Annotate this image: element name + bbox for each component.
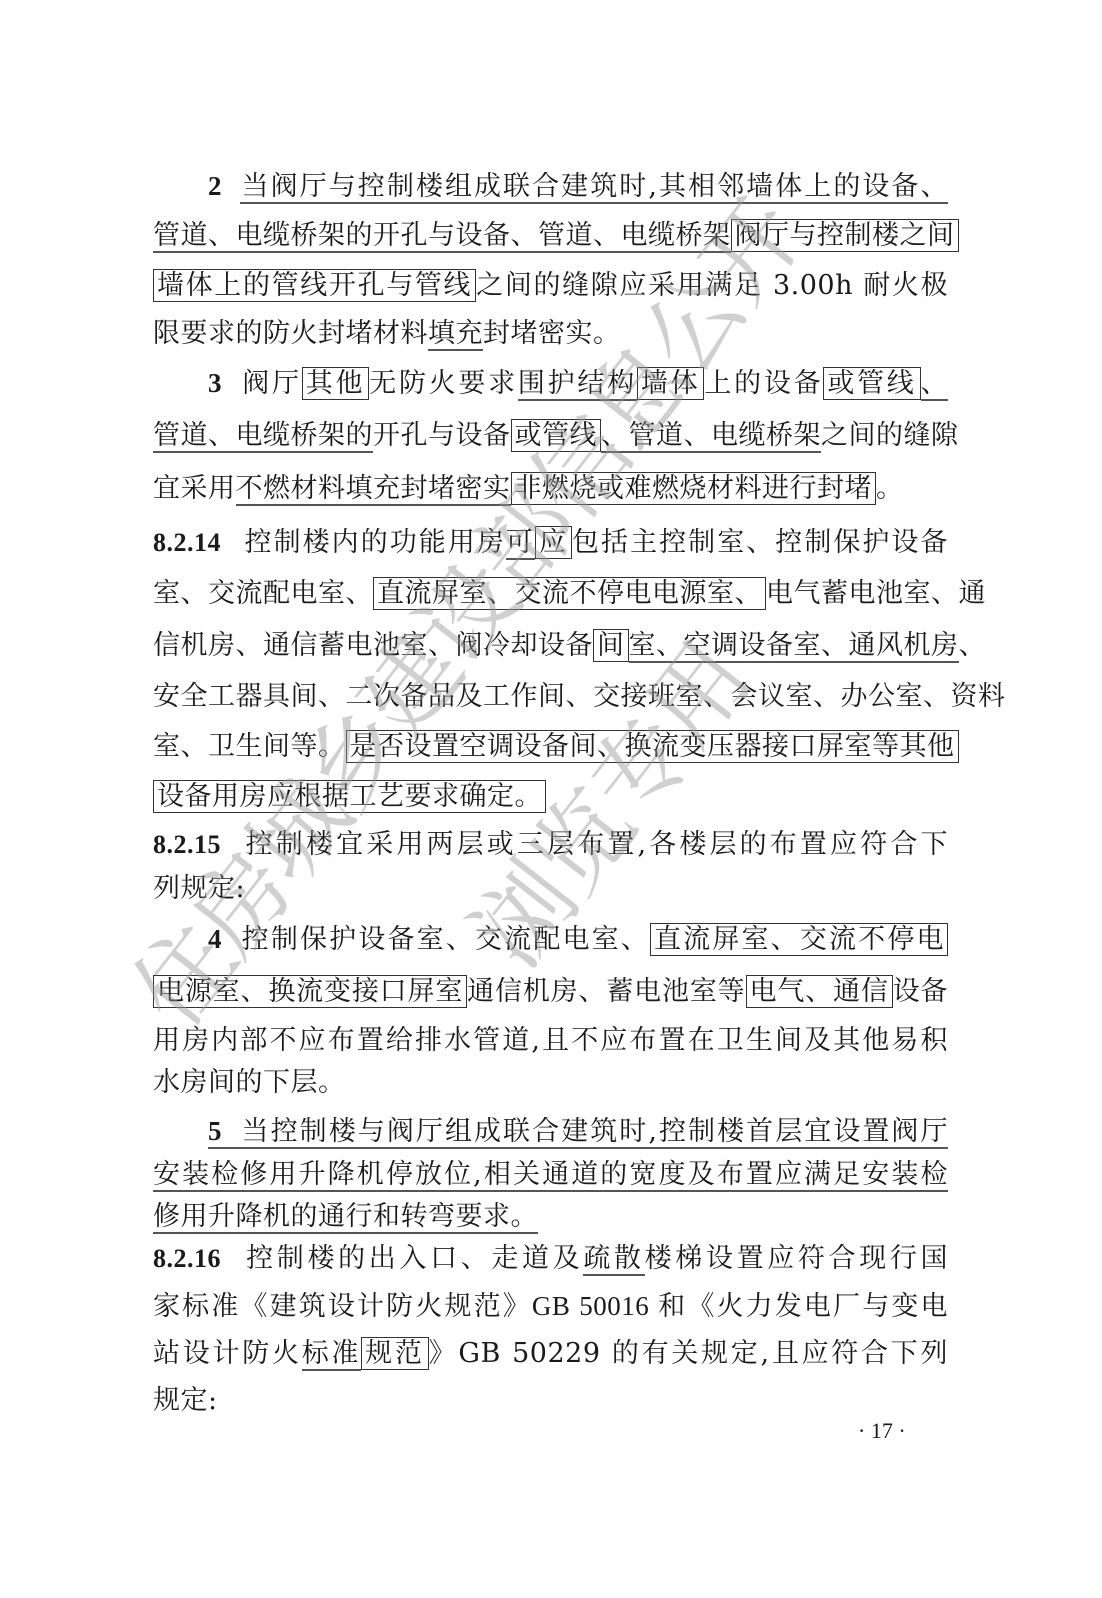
page-number: · 17 · (858, 1418, 906, 1444)
clause-8-2-14-line-4: 安全工器具间、二次备品及工作间、交接班室、会议室、办公室、资料 (153, 674, 948, 720)
boxed-deleted-text: 墙体上的管线开孔与管线 (153, 269, 476, 302)
body-text: 开孔与设备 (373, 420, 511, 451)
underlined-text: 5当控制楼与阀厅组成联合建筑时,控制楼首层宜设置阀厅 (208, 1116, 948, 1149)
body-text: 水房间的下层。 (153, 1067, 346, 1098)
body-text: 规定: (153, 1385, 218, 1416)
body-text: 。 (876, 473, 904, 504)
item-2-line-1: 2当阀厅与控制楼组成联合建筑时,其相邻墙体上的设备、 (153, 163, 948, 209)
boxed-deleted-text: 电气、通信 (746, 975, 893, 1008)
clause-8-2-16-line-4: 规定: (153, 1378, 948, 1424)
item-4-line-4: 水房间的下层。 (153, 1060, 948, 1106)
body-text: 控制楼内的功能用房 (243, 527, 506, 558)
boxed-deleted-text: 间 (593, 629, 629, 662)
body-text: 之间的缝隙 (821, 420, 959, 451)
body-text: 封堵密实。 (483, 318, 621, 349)
boxed-deleted-text: 设备用房应根据工艺要求确定。 (153, 780, 546, 813)
item-2-line-2: 管道、电缆桥架的开孔与设备、管道、电缆桥架阀厅与控制楼之间 (153, 213, 948, 259)
item-2-line-3: 墙体上的管线开孔与管线之间的缝隙应采用满足 3.00h 耐火极 (153, 263, 948, 309)
clause-8-2-16-line-2: 家标准《建筑设计防火规范》GB 50016 和《火力发电厂与变电 (153, 1283, 948, 1329)
body-text: 宜采用 (153, 473, 236, 504)
underlined-text: 不燃材料填充封堵密实 (236, 473, 511, 506)
clause-8-2-15-line-2: 列规定: (153, 866, 948, 912)
underlined-text: 、管道、电缆桥架 (601, 420, 821, 453)
body-text: 电气蓄电池室、通 (766, 578, 986, 609)
body-text: 安全工器具间、二次备品及工作间、交接班室、会议室、办公室、资料 (153, 681, 1006, 712)
body-text: 家标准《建筑设计防火规范》GB 50016 和《火力发电厂与变电 (153, 1291, 948, 1321)
underlined-text: 标准 (302, 1338, 361, 1371)
underlined-text: 管道、电缆桥架的开孔与设备、管道、电缆桥架 (153, 220, 731, 253)
clause-8-2-14-line-5: 室、卫生间等。是否设置空调设备间、换流变压器接口屏室等其他 (153, 724, 948, 770)
body-text: 限要求的防火封堵材料 (153, 318, 428, 349)
boxed-deleted-text: 墙体 (637, 367, 704, 400)
body-text: 通信机房、蓄电池室等 (467, 976, 745, 1007)
clause-8-2-14-line-3: 信机房、通信蓄电池室、阀冷却设备间室、空调设备室、通风机房、 (153, 623, 948, 669)
body-text: 无防火要求 (369, 368, 518, 399)
clause-number: 8.2.14 (153, 528, 221, 557)
body-text: 控制楼的出入口、走道及 (243, 1243, 583, 1274)
body-text: 楼梯设置应符合现行国 (645, 1243, 948, 1274)
underlined-text: 、 (921, 368, 949, 401)
boxed-deleted-text: 规范 (361, 1337, 428, 1370)
boxed-deleted-text: 或管线 (823, 367, 920, 400)
clause-number: 8.2.16 (153, 1244, 221, 1273)
item-2-line-4: 限要求的防火封堵材料填充封堵密实。 (153, 311, 948, 357)
body-text: 设备 (893, 976, 948, 1007)
underlined-text: 围护结构 (518, 368, 637, 401)
body-text: 控制楼宜采用两层或三层布置,各楼层的布置应符合下 (243, 829, 948, 860)
body-text: 、 (959, 630, 987, 661)
boxed-deleted-text: 电源室、换流变接口屏室 (153, 975, 467, 1008)
item-3-line-2: 管道、电缆桥架的开孔与设备或管线、管道、电缆桥架之间的缝隙 (153, 413, 948, 459)
underlined-text: 室、空调设备室、通风机房 (629, 630, 959, 663)
item-number: 4 (208, 924, 222, 954)
boxed-deleted-text: 或管线 (511, 419, 602, 452)
body-text: 室、卫生间等。 (153, 731, 346, 762)
boxed-deleted-text: 应 (535, 526, 572, 559)
underlined-text: 填充 (428, 318, 483, 351)
underlined-text: 管道、电缆桥架的 (153, 420, 373, 453)
clause-8-2-14-line-2: 室、交流配电室、直流屏室、交流不停电电源室、电气蓄电池室、通 (153, 571, 948, 617)
underlined-text-content: 当控制楼与阀厅组成联合建筑时,控制楼首层宜设置阀厅 (240, 1116, 948, 1147)
body-text: 站设计防火 (153, 1338, 302, 1369)
boxed-deleted-text: 其他 (302, 367, 369, 400)
item-3-line-3: 宜采用不燃材料填充封堵密实非燃烧或难燃烧材料进行封堵。 (153, 466, 948, 512)
item-5-line-1: 5当控制楼与阀厅组成联合建筑时,控制楼首层宜设置阀厅 (153, 1108, 948, 1154)
body-text: 包括主控制室、控制保护设备 (572, 527, 948, 558)
clause-number: 8.2.15 (153, 830, 221, 859)
clause-8-2-14-line-1: 8.2.14控制楼内的功能用房可应包括主控制室、控制保护设备 (153, 520, 948, 566)
item-number: 2 (208, 171, 222, 201)
boxed-deleted-text: 直流屏室、交流不停电电源室、 (373, 577, 766, 610)
document-page: 2当阀厅与控制楼组成联合建筑时,其相邻墙体上的设备、 管道、电缆桥架的开孔与设备… (0, 0, 1102, 1598)
underlined-text: 可 (506, 527, 535, 560)
body-text: 上的设备 (704, 368, 823, 399)
clause-8-2-14-line-6: 设备用房应根据工艺要求确定。 (153, 774, 948, 820)
underlined-text: 当阀厅与控制楼组成联合建筑时,其相邻墙体上的设备、 (240, 171, 948, 204)
body-text: 用房内部不应布置给排水管道,且不应布置在卫生间及其他易积 (153, 1025, 948, 1056)
underlined-text: 安装检修用升降机停放位,相关通道的宽度及布置应满足安装检 (153, 1159, 948, 1192)
body-text: 列规定: (153, 873, 245, 904)
item-5-line-3: 修用升降机的通行和转弯要求。 (153, 1194, 948, 1240)
item-number: 3 (208, 368, 222, 398)
boxed-deleted-text: 非燃烧或难燃烧材料进行封堵 (511, 472, 877, 505)
clause-8-2-16-line-3: 站设计防火标准规范》GB 50229 的有关规定,且应符合下列 (153, 1331, 948, 1377)
boxed-deleted-text: 是否设置空调设备间、换流变压器接口屏室等其他 (346, 730, 959, 763)
item-4-line-1: 4控制保护设备室、交流配电室、直流屏室、交流不停电 (153, 916, 948, 962)
body-text: 之间的缝隙应采用满足 3.00h 耐火极 (476, 270, 948, 301)
underlined-text: 疏散 (583, 1243, 644, 1276)
item-3-line-1: 3阀厅其他无防火要求围护结构墙体上的设备或管线、 (153, 360, 948, 406)
body-text: 控制保护设备室、交流配电室、 (240, 924, 650, 955)
body-text: 》GB 50229 的有关规定,且应符合下列 (429, 1338, 948, 1369)
clause-8-2-15-line-1: 8.2.15控制楼宜采用两层或三层布置,各楼层的布置应符合下 (153, 822, 948, 868)
item-number: 5 (208, 1116, 222, 1146)
item-4-line-3: 用房内部不应布置给排水管道,且不应布置在卫生间及其他易积 (153, 1018, 948, 1064)
item-4-line-2: 电源室、换流变接口屏室通信机房、蓄电池室等电气、通信设备 (153, 969, 948, 1015)
boxed-deleted-text: 阀厅与控制楼之间 (731, 219, 959, 252)
body-text: 室、交流配电室、 (153, 578, 373, 609)
body-text: 阀厅 (240, 368, 302, 399)
clause-8-2-16-line-1: 8.2.16控制楼的出入口、走道及疏散楼梯设置应符合现行国 (153, 1236, 948, 1282)
item-5-line-2: 安装检修用升降机停放位,相关通道的宽度及布置应满足安装检 (153, 1152, 948, 1198)
body-text: 信机房、通信蓄电池室、阀冷却设备 (153, 630, 593, 661)
underlined-text: 修用升降机的通行和转弯要求。 (153, 1201, 538, 1234)
boxed-deleted-text: 直流屏室、交流不停电 (650, 923, 948, 956)
